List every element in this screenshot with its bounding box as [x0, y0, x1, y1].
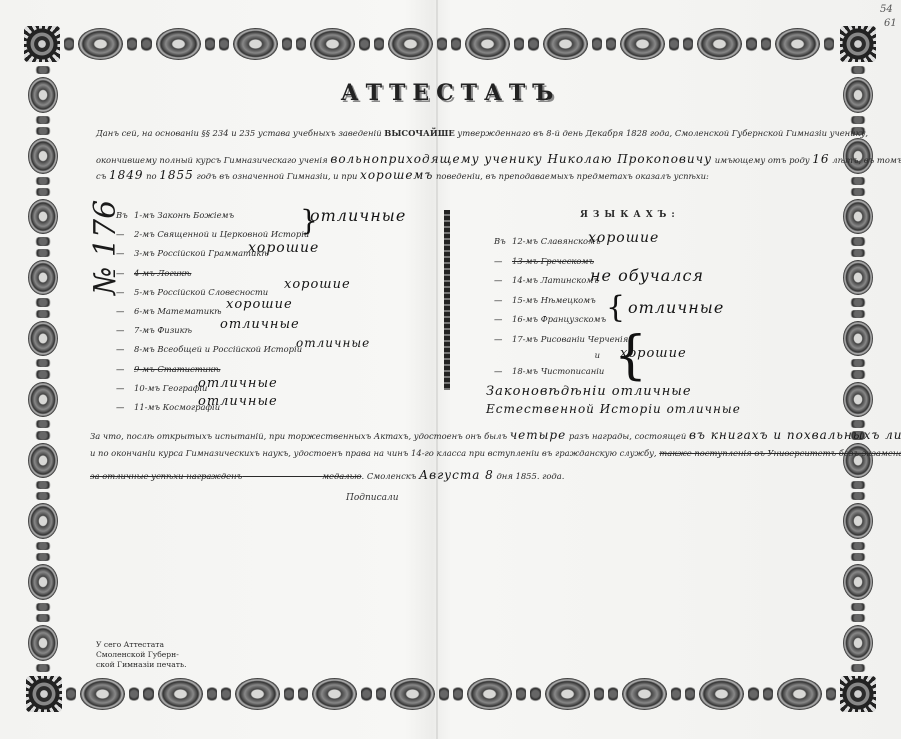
- grade-entry: отличные: [198, 394, 278, 409]
- leaf-ornament: [847, 481, 869, 489]
- subject-prefix: —: [494, 295, 512, 305]
- subject-name: Статистикѣ: [157, 364, 220, 374]
- leaf-ornament: [127, 34, 137, 54]
- subject-row: Въ12-мъ Славянскомъ: [494, 236, 601, 246]
- brace: }: [300, 204, 318, 237]
- leaf-ornament: [594, 684, 604, 704]
- leaf-ornament: [847, 237, 869, 245]
- oval-ornament: [622, 678, 667, 710]
- printed-text: годъ въ означенной Гимназіи, и при: [194, 171, 360, 181]
- subject-prefix: —: [116, 229, 134, 239]
- subject-row: —17-мъ Рисованіи Черченія: [494, 334, 628, 344]
- subject-number: 12-мъ: [512, 236, 541, 246]
- seal-note-line: У сего Аттестата: [96, 640, 187, 650]
- leaf-ornament: [528, 34, 538, 54]
- leaf-ornament: [282, 34, 292, 54]
- oval-ornament: [235, 678, 280, 710]
- handwritten-addition: Естественной Исторіи отличные: [486, 402, 741, 416]
- leaf-ornament: [761, 34, 771, 54]
- seal-note: У сего Аттестата Смоленской Губерн- ской…: [96, 640, 187, 670]
- oval-ornament: [467, 678, 512, 710]
- oval-ornament: [28, 625, 58, 661]
- subject-name: Физикѣ: [157, 325, 192, 335]
- leaf-ornament: [847, 298, 869, 306]
- subject-row: и: [574, 350, 600, 360]
- leaf-ornament: [296, 34, 306, 54]
- subject-number: 5-мъ: [134, 287, 157, 297]
- leaf-ornament: [205, 34, 215, 54]
- leaf-ornament: [361, 684, 371, 704]
- subject-row: —16-мъ Французскомъ: [494, 314, 606, 324]
- oval-ornament: [775, 28, 820, 60]
- leaf-ornament: [284, 684, 294, 704]
- leaf-ornament: [32, 431, 54, 439]
- subject-name: Нѣмецкомъ: [541, 295, 596, 305]
- leaf-ornament: [516, 684, 526, 704]
- leaf-ornament: [824, 34, 834, 54]
- leaf-ornament: [847, 553, 869, 561]
- subject-prefix: —: [494, 334, 512, 344]
- oval-ornament: [843, 260, 873, 296]
- text-line: За что, послѣ открытыхъ испытаній, при т…: [90, 428, 901, 442]
- oval-ornament: [777, 678, 822, 710]
- subject-name: Чистописаніи: [541, 366, 605, 376]
- handwritten-entry: 16: [812, 152, 829, 166]
- document-title: АТТЕСТАТЪ: [0, 80, 901, 106]
- leaf-ornament: [32, 614, 54, 622]
- printed-text: окончившему полный курсъ Гимназическаго …: [96, 155, 330, 165]
- subject-prefix: —: [116, 248, 134, 258]
- leaf-ornament: [32, 481, 54, 489]
- leaf-ornament: [32, 116, 54, 124]
- leaf-ornament: [32, 553, 54, 561]
- leaf-ornament: [32, 249, 54, 257]
- struck-text: также поступленія въ Университетъ безъ э…: [659, 448, 901, 458]
- leaf-ornament: [439, 684, 449, 704]
- leaf-ornament: [32, 664, 54, 672]
- oval-ornament: [233, 28, 278, 60]
- corner-ornament-top-left: [24, 26, 60, 62]
- oval-ornament: [28, 260, 58, 296]
- subject-prefix: —: [116, 287, 134, 297]
- corner-ornament-top-right: [840, 26, 876, 62]
- subject-name: Всеобщей и Россійской Исторіи: [157, 344, 302, 354]
- leaf-ornament: [141, 34, 151, 54]
- leaf-ornament: [32, 188, 54, 196]
- leaf-ornament: [359, 34, 369, 54]
- leaf-ornament: [32, 66, 54, 74]
- leaf-ornament: [514, 34, 524, 54]
- subject-prefix: Въ: [116, 210, 134, 220]
- subject-number: 16-мъ: [512, 314, 541, 324]
- grade-entry: отличные: [310, 206, 406, 225]
- leaf-ornament: [847, 614, 869, 622]
- leaf-ornament: [32, 237, 54, 245]
- leaf-ornament: [847, 116, 869, 124]
- subject-number: 1-мъ: [134, 210, 157, 220]
- subject-number: 13-мъ: [512, 256, 541, 266]
- border-top: [64, 28, 834, 60]
- oval-ornament: [28, 503, 58, 539]
- leaf-ornament: [32, 492, 54, 500]
- leaf-ornament: [32, 127, 54, 135]
- text-line: за отличные успѣхи награжденъ медалью. С…: [90, 468, 564, 482]
- printed-text: съ: [96, 171, 109, 181]
- subject-name: Священной и Церковной Исторіи: [157, 229, 309, 239]
- leaf-ornament: [32, 370, 54, 378]
- subject-row: —13-мъ Греческомъ: [494, 256, 594, 266]
- handwritten-entry: четыре: [510, 428, 567, 442]
- leaf-ornament: [671, 684, 681, 704]
- struck-text: за отличные успѣхи награжденъ: [90, 471, 242, 481]
- oval-ornament: [28, 138, 58, 174]
- leaf-ornament: [221, 684, 231, 704]
- leaf-ornament: [763, 684, 773, 704]
- grade-entry: хорошие: [248, 240, 319, 256]
- subject-row: —2-мъ Священной и Церковной Исторіи: [116, 229, 309, 239]
- oval-ornament: [28, 321, 58, 357]
- leaf-ornament: [207, 684, 217, 704]
- leaf-ornament: [669, 34, 679, 54]
- text-line: съ 1849 по 1855 годъ въ означенной Гимна…: [96, 168, 709, 182]
- leaf-ornament: [32, 542, 54, 550]
- document-page: 54 61 АТТЕСТАТЪ Данъ сей, на основаніи §…: [0, 0, 901, 739]
- leaf-ornament: [847, 359, 869, 367]
- subject-number: 17-мъ: [512, 334, 541, 344]
- subject-prefix: —: [494, 256, 512, 266]
- text-line: окончившему полный курсъ Гимназическаго …: [96, 148, 901, 167]
- subject-prefix: —: [116, 325, 134, 335]
- printed-text: Данъ сей, на основаніи §§ 234 и 235 уста…: [96, 128, 384, 138]
- handwritten-entry: Августа 8: [419, 468, 494, 482]
- seal-note-line: ской Гимназіи печать.: [96, 660, 187, 670]
- handwritten-entry: въ книгахъ и похвальныхъ листахъ: [689, 428, 901, 442]
- oval-ornament: [156, 28, 201, 60]
- printed-text: лѣтъ, въ томъ: [830, 155, 901, 165]
- leaf-ornament: [64, 34, 74, 54]
- leaf-ornament: [32, 177, 54, 185]
- subject-number: 8-мъ: [134, 344, 157, 354]
- subject-number: 4-мъ: [134, 268, 157, 278]
- leaf-ornament: [219, 34, 229, 54]
- brace: {: [614, 326, 647, 386]
- printed-text: За что, послѣ открытыхъ испытаній, при т…: [90, 431, 510, 441]
- leaf-ornament: [847, 664, 869, 672]
- seal-note-line: Смоленской Губерн-: [96, 650, 187, 660]
- leaf-ornament: [748, 684, 758, 704]
- subject-row: —3-мъ Россійской Грамматикѣ: [116, 248, 269, 258]
- subject-name: Французскомъ: [541, 314, 606, 324]
- leaf-ornament: [32, 603, 54, 611]
- oval-ornament: [390, 678, 435, 710]
- archive-mark-bottom: 61: [884, 18, 897, 29]
- brace: {: [606, 290, 625, 325]
- oval-ornament: [843, 382, 873, 418]
- subject-number: 2-мъ: [134, 229, 157, 239]
- languages-heading: ЯЗЫКАХЪ:: [580, 210, 680, 220]
- subject-prefix: Въ: [494, 236, 512, 246]
- subject-prefix: —: [494, 314, 512, 324]
- subject-row: —18-мъ Чистописаніи: [494, 366, 604, 376]
- subject-prefix: —: [494, 366, 512, 376]
- grade-entry: не обучался: [590, 266, 704, 285]
- oval-ornament: [28, 382, 58, 418]
- printed-text: разъ награды, состоящей: [566, 431, 689, 441]
- printed-text: имъющему отъ роду: [712, 155, 812, 165]
- subject-prefix: —: [116, 402, 134, 412]
- subject-number: 6-мъ: [134, 306, 157, 316]
- subject-row: —15-мъ Нѣмецкомъ: [494, 295, 596, 305]
- leaf-ornament: [530, 684, 540, 704]
- oval-ornament: [310, 28, 355, 60]
- corner-ornament-bottom-right: [840, 676, 876, 712]
- signature: Подписали: [346, 493, 399, 503]
- subject-number: 10-мъ: [134, 383, 163, 393]
- subject-prefix: —: [116, 268, 134, 278]
- grade-entry: хорошие: [284, 277, 351, 292]
- leaf-ornament: [826, 684, 836, 704]
- grade-entry: хорошие: [588, 230, 659, 246]
- leaf-ornament: [376, 684, 386, 704]
- leaf-ornament: [847, 542, 869, 550]
- handwritten-addition: Законовѣдѣніи отличные: [486, 384, 692, 399]
- leaf-ornament: [847, 370, 869, 378]
- leaf-ornament: [847, 603, 869, 611]
- leaf-ornament: [847, 177, 869, 185]
- border-left: [28, 66, 58, 672]
- handwritten-entry: вольноприходящему ученику Николаю Прокоп…: [330, 152, 712, 166]
- oval-ornament: [465, 28, 510, 60]
- subject-prefix: —: [116, 364, 134, 374]
- printed-text: дня 1855. года.: [494, 471, 565, 481]
- leaf-ornament: [451, 34, 461, 54]
- leaf-ornament: [129, 684, 139, 704]
- subject-name: и: [595, 350, 600, 360]
- oval-ornament: [78, 28, 123, 60]
- handwritten-entry: 1855: [159, 168, 194, 182]
- oval-ornament: [28, 199, 58, 235]
- oval-ornament: [28, 564, 58, 600]
- oval-ornament: [543, 28, 588, 60]
- subject-row: —4-мъ Логикѣ: [116, 268, 191, 278]
- grade-entry: отличные: [296, 336, 370, 350]
- oval-ornament: [158, 678, 203, 710]
- subject-prefix: —: [116, 344, 134, 354]
- archive-mark-top: 54: [880, 4, 893, 15]
- subject-prefix: —: [494, 275, 512, 285]
- subject-number: 9-мъ: [134, 364, 157, 374]
- subject-name: Законѣ Божіемъ: [157, 210, 234, 220]
- subject-row: —7-мъ Физикѣ: [116, 325, 192, 335]
- printed-text: . Смоленскъ: [362, 471, 419, 481]
- oval-ornament: [843, 625, 873, 661]
- printed-text: ВЫСОЧАЙШЕ: [384, 128, 455, 138]
- leaf-ornament: [32, 310, 54, 318]
- printed-text: по: [143, 171, 159, 181]
- struck-text: медалью: [322, 471, 361, 481]
- subject-row: —14-мъ Латинскомъ: [494, 275, 599, 285]
- grade-entry: отличные: [628, 298, 724, 317]
- grade-entry: хорошие: [226, 297, 293, 312]
- border-bottom: [66, 678, 836, 710]
- leaf-ornament: [32, 420, 54, 428]
- subject-prefix: —: [116, 306, 134, 316]
- oval-ornament: [699, 678, 744, 710]
- subject-name: Россійской Словесности: [157, 287, 268, 297]
- handwritten-entry: хорошемъ: [360, 168, 433, 182]
- leaf-ornament: [746, 34, 756, 54]
- leaf-ornament: [453, 684, 463, 704]
- handwritten-entry: 1849: [109, 168, 144, 182]
- subject-number: 15-мъ: [512, 295, 541, 305]
- leaf-ornament: [606, 34, 616, 54]
- leaf-ornament: [437, 34, 447, 54]
- leaf-ornament: [847, 492, 869, 500]
- subject-row: —9-мъ Статистикѣ: [116, 364, 220, 374]
- oval-ornament: [80, 678, 125, 710]
- oval-ornament: [388, 28, 433, 60]
- printed-text: и по окончаніи курса Гимназическихъ наук…: [90, 448, 659, 458]
- oval-ornament: [28, 443, 58, 479]
- text-line: Данъ сей, на основаніи §§ 234 и 235 уста…: [96, 128, 868, 138]
- grade-entry: отличные: [220, 317, 300, 332]
- printed-text: утвержденнаго въ 8-й день Декабря 1828 г…: [455, 128, 868, 138]
- page-fold: [436, 0, 438, 739]
- oval-ornament: [620, 28, 665, 60]
- subject-name: Математикѣ: [157, 306, 221, 316]
- leaf-ornament: [847, 188, 869, 196]
- subject-row: —8-мъ Всеобщей и Россійской Исторіи: [116, 344, 302, 354]
- leaf-ornament: [298, 684, 308, 704]
- subject-row: —10-мъ Географіи: [116, 383, 207, 393]
- leaf-ornament: [32, 298, 54, 306]
- subject-number: 7-мъ: [134, 325, 157, 335]
- subject-row: —5-мъ Россійской Словесности: [116, 287, 268, 297]
- subject-name: Логикѣ: [157, 268, 191, 278]
- leaf-ornament: [847, 310, 869, 318]
- oval-ornament: [843, 321, 873, 357]
- oval-ornament: [312, 678, 357, 710]
- oval-ornament: [843, 503, 873, 539]
- text-line: и по окончаніи курса Гимназическихъ наук…: [90, 448, 901, 458]
- subject-name: Греческомъ: [541, 256, 594, 266]
- leaf-ornament: [66, 684, 76, 704]
- subject-number: 3-мъ: [134, 248, 157, 258]
- leaf-ornament: [608, 684, 618, 704]
- leaf-ornament: [847, 66, 869, 74]
- center-divider: [444, 210, 450, 390]
- subject-number: 14-мъ: [512, 275, 541, 285]
- leaf-ornament: [685, 684, 695, 704]
- subject-prefix: —: [116, 383, 134, 393]
- grade-entry: отличные: [198, 376, 278, 391]
- oval-ornament: [697, 28, 742, 60]
- subject-row: Въ1-мъ Законѣ Божіемъ: [116, 210, 234, 220]
- subject-number: 11-мъ: [134, 402, 163, 412]
- leaf-ornament: [143, 684, 153, 704]
- oval-ornament: [843, 564, 873, 600]
- struck-gap: [242, 471, 322, 481]
- leaf-ornament: [592, 34, 602, 54]
- leaf-ornament: [683, 34, 693, 54]
- leaf-ornament: [847, 249, 869, 257]
- subject-number: 18-мъ: [512, 366, 541, 376]
- leaf-ornament: [374, 34, 384, 54]
- leaf-ornament: [32, 359, 54, 367]
- printed-text: поведеніи, въ преподаваемыхъ предметахъ …: [433, 171, 709, 181]
- oval-ornament: [545, 678, 590, 710]
- corner-ornament-bottom-left: [26, 676, 62, 712]
- oval-ornament: [843, 199, 873, 235]
- subject-row: —6-мъ Математикѣ: [116, 306, 222, 316]
